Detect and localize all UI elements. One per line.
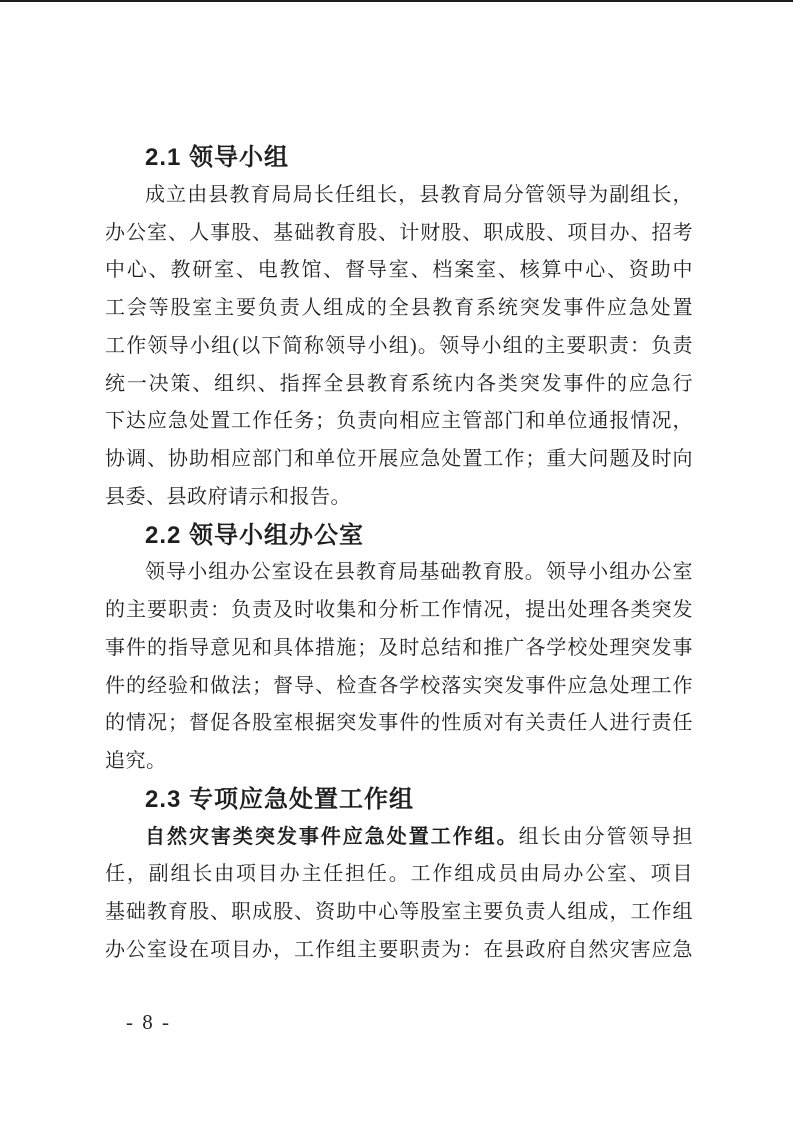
text-segment: 任，副组长由项目办主任担任。工作组成员由局办公室、项目办、 bbox=[105, 863, 693, 894]
paragraph-line: 件的经验和做法；督导、检查各学校落实突发事件应急处理工作 bbox=[105, 668, 693, 706]
text-segment: 县委、县政府请示和报告。 bbox=[105, 486, 351, 508]
text-segment: 基础教育股、职成股、资助中心等股室主要负责人组成，工作组 bbox=[105, 901, 693, 923]
text-segment: 办公室设在项目办，工作组主要职责为：在县政府自然灾害应急 bbox=[105, 939, 693, 961]
paragraph-line: 的情况；督促各股室根据突发事件的性质对有关责任人进行责任 bbox=[105, 705, 693, 743]
text-segment: 工会等股室主要负责人组成的全县教育系统突发事件应急处置 bbox=[105, 297, 693, 319]
text-segment: 下达应急处置工作任务；负责向相应主管部门和单位通报情况， bbox=[105, 410, 693, 432]
page-top-edge bbox=[0, 0, 793, 2]
text-segment: 追究。 bbox=[105, 750, 167, 772]
paragraph-line: 办公室设在项目办，工作组主要职责为：在县政府自然灾害应急 bbox=[105, 932, 693, 970]
text-segment: 成立由县教育局局长任组长，县教育局分管领导为副组长， bbox=[145, 184, 693, 206]
paragraph-line: 自然灾害类突发事件应急处置工作组。组长由分管领导担 bbox=[105, 819, 693, 857]
section-heading: 2.1 领导小组 bbox=[105, 139, 693, 177]
text-segment: 统一决策、组织、指挥全县教育系统内各类突发事件的应急行动， bbox=[105, 373, 693, 404]
paragraph-line: 工会等股室主要负责人组成的全县教育系统突发事件应急处置 bbox=[105, 290, 693, 328]
paragraph-line: 统一决策、组织、指挥全县教育系统内各类突发事件的应急行动， bbox=[105, 366, 693, 404]
paragraph-line: 办公室、人事股、基础教育股、计财股、职成股、项目办、招考 bbox=[105, 215, 693, 253]
paragraph: 领导小组办公室设在县教育局基础教育股。领导小组办公室的主要职责：负责及时收集和分… bbox=[105, 554, 693, 781]
paragraph-line: 事件的指导意见和具体措施；及时总结和推广各学校处理突发事 bbox=[105, 630, 693, 668]
paragraph-line: 中心、教研室、电教馆、督导室、档案室、核算中心、资助中心、 bbox=[105, 252, 693, 290]
document-body: 2.1 领导小组成立由县教育局局长任组长，县教育局分管领导为副组长，办公室、人事… bbox=[105, 139, 693, 970]
paragraph-line: 任，副组长由项目办主任担任。工作组成员由局办公室、项目办、 bbox=[105, 856, 693, 894]
paragraph: 成立由县教育局局长任组长，县教育局分管领导为副组长，办公室、人事股、基础教育股、… bbox=[105, 177, 693, 517]
page-number: - 8 - bbox=[126, 1009, 171, 1035]
text-segment: 领导小组办公室设在县教育局基础教育股。领导小组办公室 bbox=[145, 561, 693, 583]
text-segment: 组长由分管领导担 bbox=[519, 826, 693, 848]
paragraph-line: 的主要职责：负责及时收集和分析工作情况，提出处理各类突发 bbox=[105, 592, 693, 630]
text-segment: 中心、教研室、电教馆、督导室、档案室、核算中心、资助中心、 bbox=[105, 259, 693, 290]
text-segment: 事件的指导意见和具体措施；及时总结和推广各学校处理突发事 bbox=[105, 637, 693, 659]
text-segment: 的情况；督促各股室根据突发事件的性质对有关责任人进行责任 bbox=[105, 712, 693, 734]
document-page: { "document": { "page_number": "- 8 -", … bbox=[0, 0, 793, 1122]
paragraph-line: 成立由县教育局局长任组长，县教育局分管领导为副组长， bbox=[105, 177, 693, 215]
paragraph: 自然灾害类突发事件应急处置工作组。组长由分管领导担任，副组长由项目办主任担任。工… bbox=[105, 819, 693, 970]
section-heading: 2.2 领导小组办公室 bbox=[105, 517, 693, 555]
paragraph-line: 县委、县政府请示和报告。 bbox=[105, 479, 693, 517]
paragraph-line: 工作领导小组(以下简称领导小组)。领导小组的主要职责：负责 bbox=[105, 328, 693, 366]
paragraph-line: 基础教育股、职成股、资助中心等股室主要负责人组成，工作组 bbox=[105, 894, 693, 932]
text-segment: 工作领导小组(以下简称领导小组)。领导小组的主要职责：负责 bbox=[105, 335, 693, 357]
text-segment: 件的经验和做法；督导、检查各学校落实突发事件应急处理工作 bbox=[105, 675, 693, 697]
section-heading: 2.3 专项应急处置工作组 bbox=[105, 781, 693, 819]
bold-text-segment: 自然灾害类突发事件应急处置工作组。 bbox=[145, 826, 519, 848]
paragraph-line: 协调、协助相应部门和单位开展应急处置工作；重大问题及时向 bbox=[105, 441, 693, 479]
paragraph-line: 下达应急处置工作任务；负责向相应主管部门和单位通报情况， bbox=[105, 403, 693, 441]
text-segment: 的主要职责：负责及时收集和分析工作情况，提出处理各类突发 bbox=[105, 599, 693, 621]
text-segment: 协调、协助相应部门和单位开展应急处置工作；重大问题及时向 bbox=[105, 448, 693, 470]
paragraph-line: 领导小组办公室设在县教育局基础教育股。领导小组办公室 bbox=[105, 554, 693, 592]
text-segment: 办公室、人事股、基础教育股、计财股、职成股、项目办、招考 bbox=[105, 222, 693, 244]
paragraph-line: 追究。 bbox=[105, 743, 693, 781]
